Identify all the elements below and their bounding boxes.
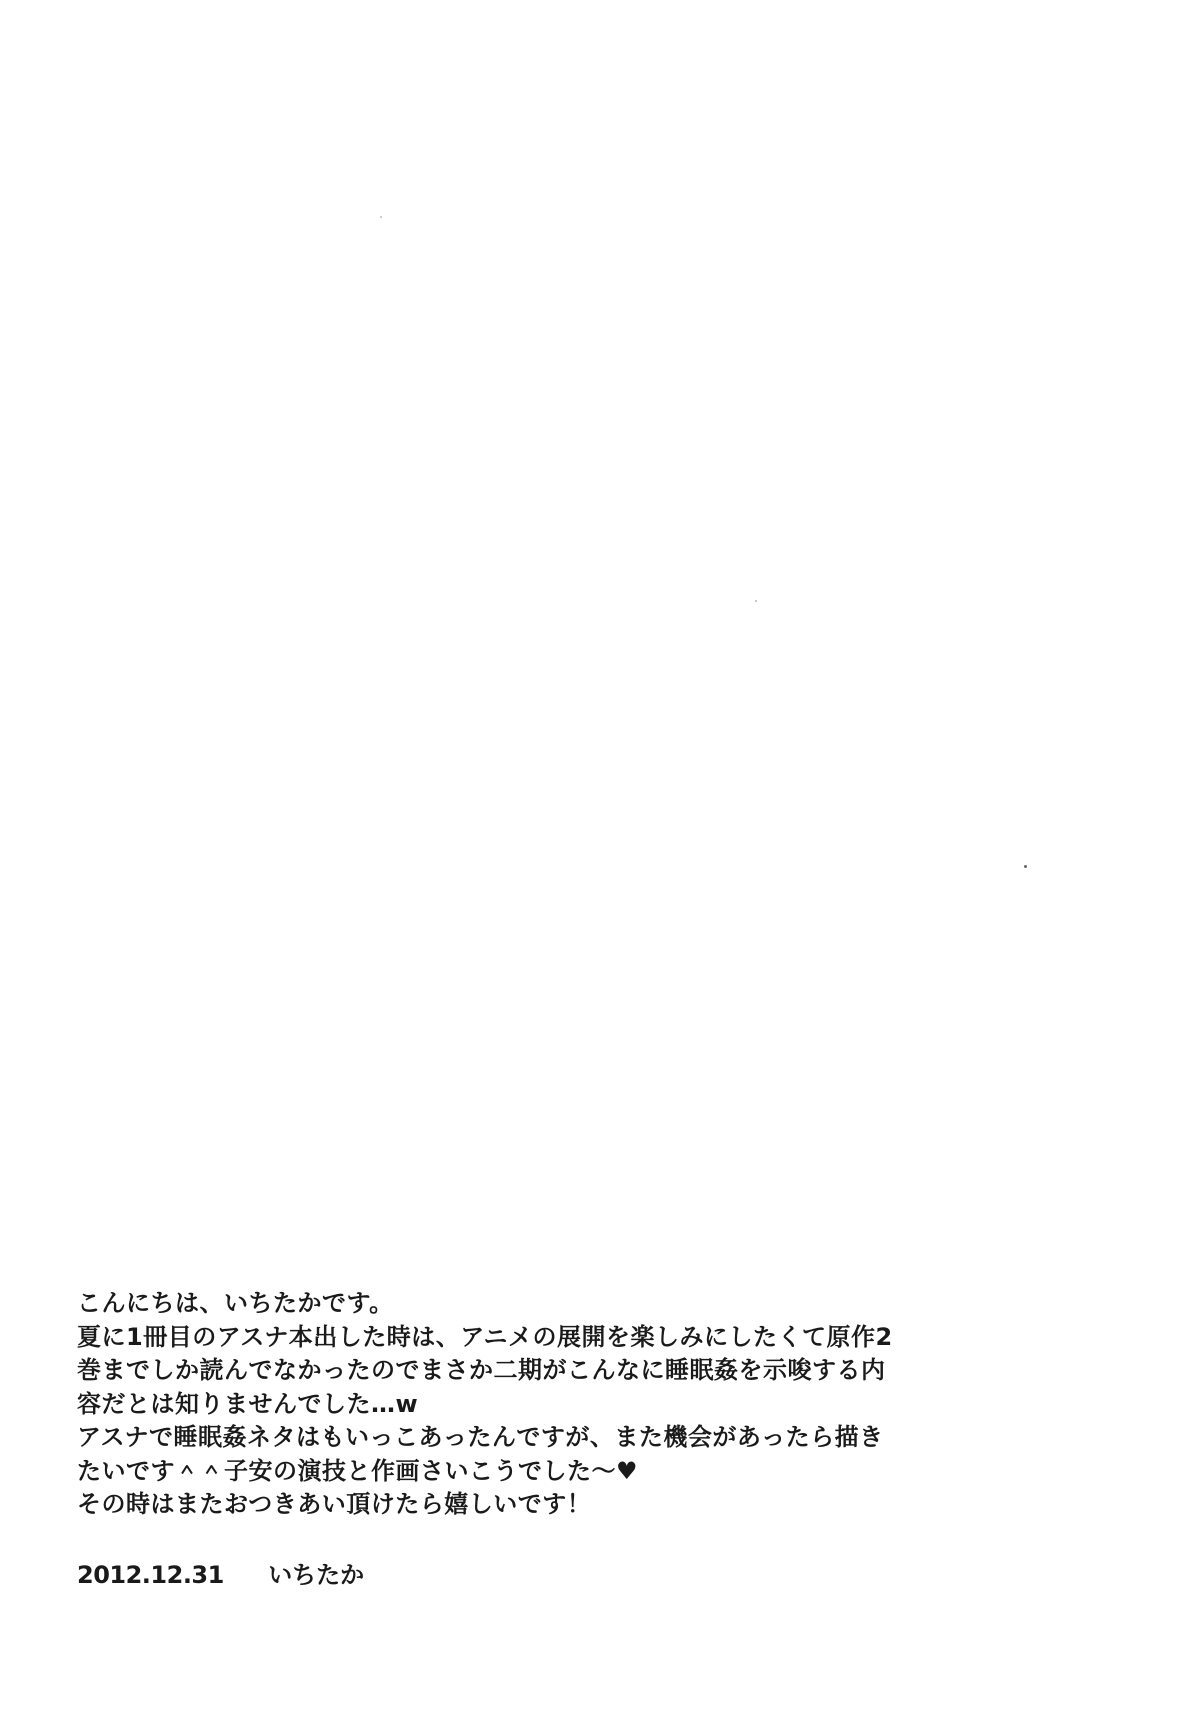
signature-date: 2012.12.31 (77, 1561, 224, 1589)
scan-speck (755, 600, 757, 602)
scan-speck (1024, 865, 1027, 868)
afterword-line: たいです＾＾子安の演技と作画さいこうでした～♥ (77, 1455, 877, 1489)
signature: 2012.12.31 いちたか (77, 1555, 364, 1590)
afterword-line: 夏に1冊目のアスナ本出した時は、アニメの展開を楽しみにしたくて原作2 (77, 1321, 877, 1355)
signature-author: いちたか (268, 1561, 364, 1589)
afterword-text: こんにちは、いちたかです。 夏に1冊目のアスナ本出した時は、アニメの展開を楽しみ… (77, 1287, 877, 1522)
afterword-line: その時はまたおつきあい頂けたら嬉しいです！ (77, 1488, 877, 1522)
scan-speck (380, 216, 382, 218)
afterword-line: 巻までしか読んでなかったのでまさか二期がこんなに睡眠姦を示唆する内 (77, 1354, 877, 1388)
afterword-line: 容だとは知りませんでした…w (77, 1388, 877, 1422)
afterword-line: こんにちは、いちたかです。 (77, 1287, 877, 1321)
afterword-line: アスナで睡眠姦ネタはもいっこあったんですが、また機会があったら描き (77, 1421, 877, 1455)
